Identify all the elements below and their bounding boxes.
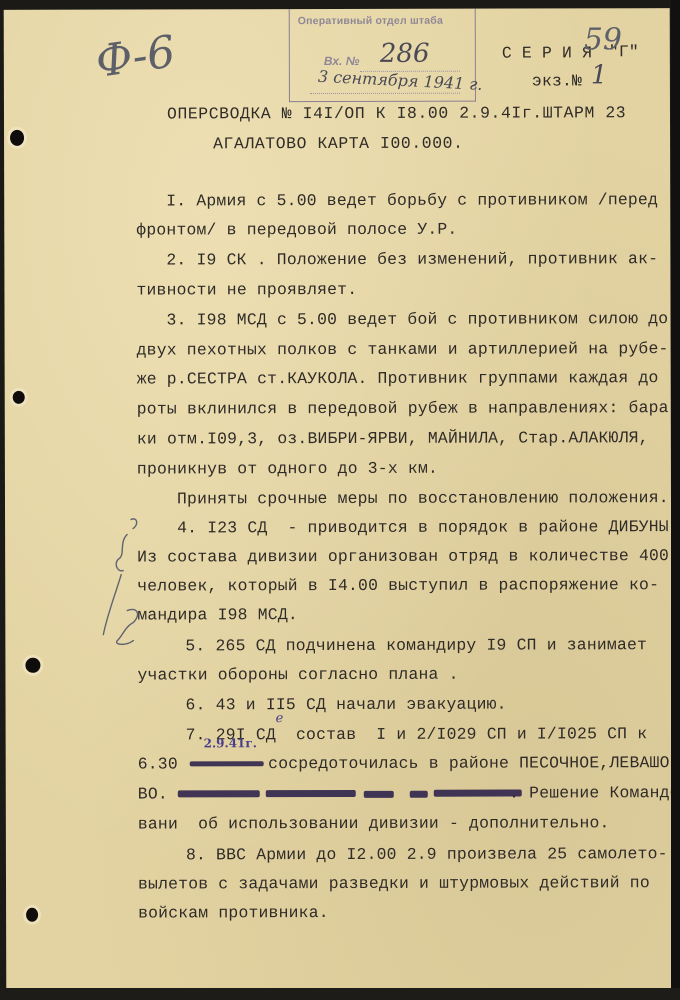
stamp-incoming-number: 286 [380,39,430,69]
document-page: Ф-6 Оперативный отдел штаба Вх. № 286 3 … [4,8,673,990]
margin-signature-icon [97,515,147,655]
body-line: I. Армия с 5.00 ведет борьбу с противник… [166,190,658,210]
body-line: роты вклинился в передовой рубеж в напра… [137,398,679,418]
body-line: 4. I23 СД - приводится в порядок в район… [177,517,679,537]
strikethrough-text [266,790,356,797]
punch-hole [25,658,40,673]
body-line: 6. 43 и II5 СД начали эвакуацию. [186,695,507,715]
series-label: С Е Р И Я [502,43,592,62]
strikethrough-text [364,791,394,798]
body-line: ки отм.I09,3, оз.ВИБРИ-ЯРВИ, МАЙНИЛА, Ст… [137,428,649,448]
strikethrough-text [434,790,522,797]
body-line: двух пехотных полков с танками и артилле… [137,339,669,359]
inserted-letter-e: е [276,711,284,726]
body-line: Приняты срочные меры по восстановлению п… [177,488,669,508]
stamp-incoming-label: Вх. № [324,54,360,68]
body-line: человек, который в I4.00 выступил в расп… [137,575,659,595]
body-line: же р.СЕСТРА ст.КАУКОЛА. Противник группа… [137,368,659,388]
report-title-line1: ОПЕРСВОДКА № I4I/ОП К I8.00 2.9.4Iг.ШТАР… [167,103,626,123]
body-line: войскам противника. [138,903,329,922]
stamp-header: Оперативный отдел штаба [298,15,443,27]
body-line: тивности не проявляет. [136,280,357,300]
body-line: 5. 265 СД подчинена командиру I9 СП и за… [185,635,647,655]
body-line: Из состава дивизии организован отряд в к… [137,546,669,566]
punch-hole [10,130,24,146]
strikethrough-text [178,790,260,797]
body-line: фронтом/ в передовой полосе У.Р. [136,220,457,240]
scan-edge [0,988,680,1000]
strikethrough-text [410,791,428,798]
strikethrough-word [190,761,264,766]
body-line: 2. I9 СК . Положение без изменений, прот… [166,249,658,269]
scan-edge [671,0,680,1000]
copy-number: 1 [591,60,608,90]
registration-stamp: Оперативный отдел штаба Вх. № 286 3 сент… [289,9,476,102]
punch-hole [13,391,25,404]
body-line: участки обороны согласно плана . [137,665,458,685]
inserted-date: 2.9.41г. [204,736,257,750]
body-line: мандира I98 МСД. [137,605,298,624]
handwritten-file-code: Ф-6 [93,26,179,88]
punch-hole [26,908,38,922]
body-line: проникнув от одного до 3-х км. [137,459,438,479]
body-line: 3. I98 МСД с 5.00 ведет бой с противнико… [167,309,669,329]
copy-label: экз.№ [532,71,582,90]
body-line: вани об использовании дивизии - дополнит… [138,813,610,833]
body-line: 8. ВВС Армии до I2.00 2.9 произвела 25 с… [186,844,668,864]
body-line: вылетов с задачами разведки и штурмовых … [138,873,650,893]
series-handwritten-number: 59 [584,22,622,57]
report-title-line2: АГАЛАТОВО КАРТА I00.000. [213,134,464,154]
